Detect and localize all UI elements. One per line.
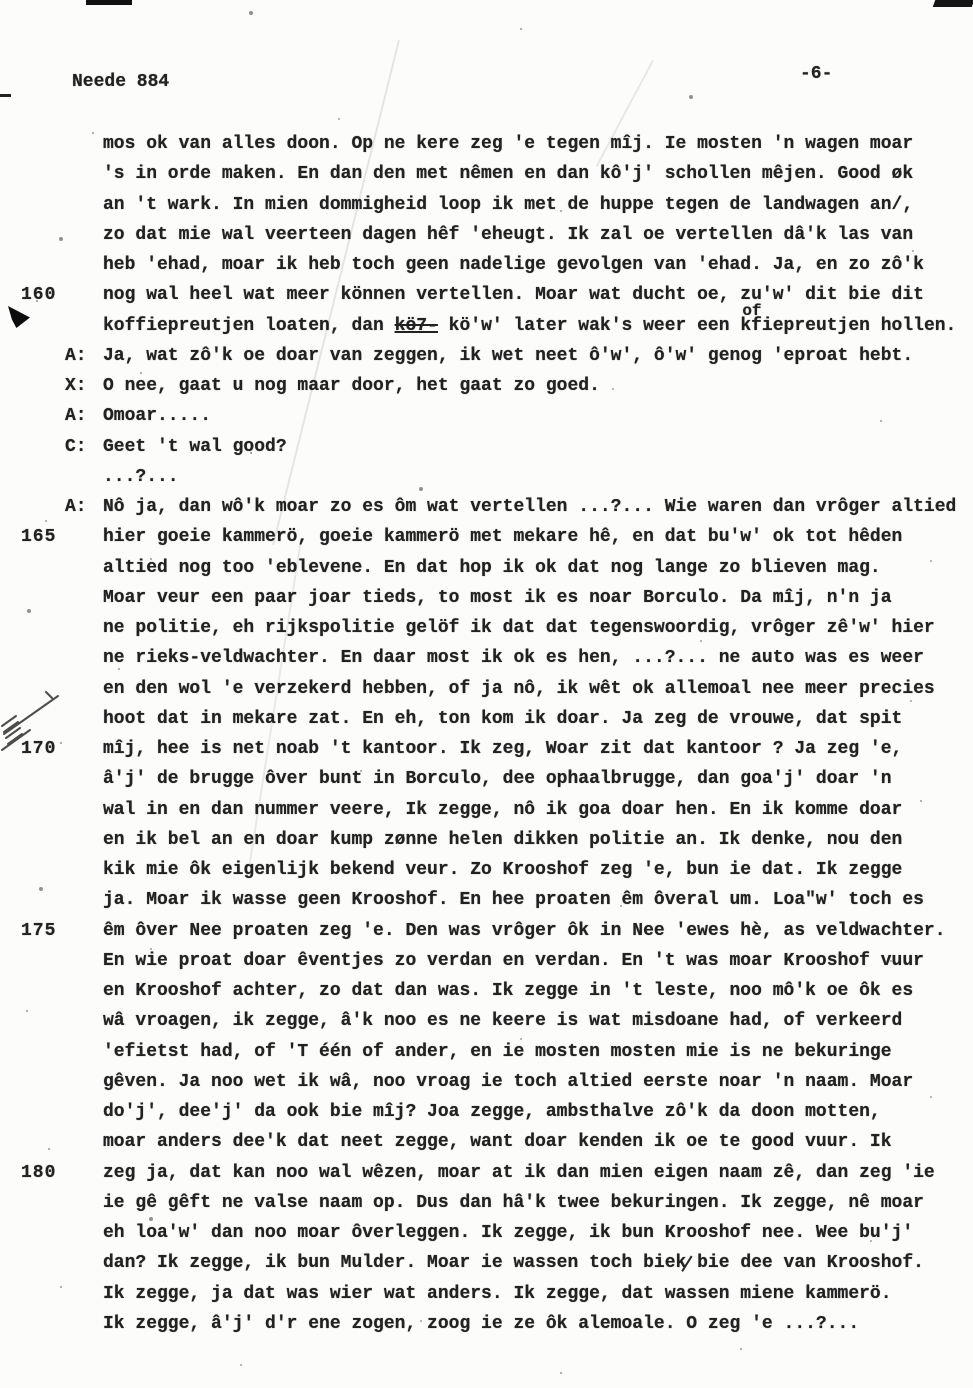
transcript-line: an 't wark. In mien dommigheid loop ik m… [103,195,913,225]
transcript-line: X:O nee, gaat u nog maar door, het gaat … [103,376,600,406]
transcript-line: C:Geet 't wal good? [103,437,287,467]
line-text-segment: bie dee van Krooshof. [686,1253,924,1273]
line-text: koffiepreutjen loaten, dan kö7- kö'w' la… [103,316,956,336]
line-text: Omoar..... [103,406,211,426]
transcript-line: ja. Moar ik wasse geen Krooshof. En hee … [103,890,924,920]
transcript-line: â'j' de brugge ôver bunt in Borculo, dee… [103,769,892,799]
transcript-line: A:Nô ja, dan wô'k moar zo es ôm wat vert… [103,497,956,527]
transcript-line: heb 'ehad, moar ik heb toch geen nadelig… [103,255,924,285]
transcript-line: eh loa'w' dan noo moar ôverleggen. Ik ze… [103,1223,913,1253]
line-text: Nô ja, dan wô'k moar zo es ôm wat vertel… [103,497,956,517]
line-text: En wie proat doar êventjes zo verdan en … [103,951,924,971]
transcript-line: 170mîj, hee is net noab 't kantoor. Ik z… [103,739,902,769]
transcript-line: A:Omoar..... [103,406,211,436]
transcript-line: 180zeg ja, dat kan noo wal wêzen, moar a… [103,1163,935,1193]
transcript-line: ie gê gêft ne valse naam op. Dus dan hâ'… [103,1193,924,1223]
line-text-segment: dan? Ik zegge, ik bun Mulder. Moar ie wa… [103,1253,676,1273]
scan-edge-artifact [0,94,11,97]
line-text-segment: koffiepreutjen loaten, dan [103,316,395,336]
line-text: Moar veur een paar joar tieds, to most i… [103,588,892,608]
transcript-line: 175êm ôver Nee proaten zeg 'e. Den was v… [103,921,946,951]
line-text: Geet 't wal good? [103,437,287,457]
transcript-line: 's in orde maken. En dan den met nêmen e… [103,164,913,194]
line-text: en den wol 'e verzekerd hebben, of ja nô… [103,679,935,699]
margin-line-number: 175 [21,921,91,941]
transcript-line: Ik zegge, ja dat was wier wat anders. Ik… [103,1284,892,1314]
line-text: Ik zegge, ja dat was wier wat anders. Ik… [103,1284,892,1304]
line-text: dan? Ik zegge, ik bun Mulder. Moar ie wa… [103,1253,924,1273]
speaker-label: C: [65,437,87,457]
line-text: heb 'ehad, moar ik heb toch geen nadelig… [103,255,924,275]
line-text: ne rieks-veldwachter. En daar most ik ok… [103,648,924,668]
transcript-line: en den wol 'e verzekerd hebben, of ja nô… [103,679,935,709]
transcript-line: ne rieks-veldwachter. En daar most ik ok… [103,648,924,678]
transcript-line: dan? Ik zegge, ik bun Mulder. Moar ie wa… [103,1253,924,1283]
transcript-line: 'efietst had, of 'T één of ander, en ie … [103,1042,892,1072]
scan-edge-artifact [933,0,973,7]
line-text: do'j', dee'j' da ook bie mîj? Joa zegge,… [103,1102,881,1122]
transcript-line: en Krooshof achter, zo dat dan was. Ik z… [103,981,913,1011]
pencil-scribble-mark [0,688,70,768]
margin-line-number: 165 [21,527,91,547]
line-text: êm ôver Nee proaten zeg 'e. Den was vrôg… [103,921,946,941]
transcript-line: hoot dat in mekare zat. En eh, ton kom i… [103,709,902,739]
line-text-segment: kö'w' later wak's weer een [438,316,740,336]
line-text: Ik zegge, â'j' d'r ene zogen, zoog ie ze… [103,1314,859,1334]
transcript-line: en ik bel an en doar kump zønne helen di… [103,830,902,860]
line-text: en Krooshof achter, zo dat dan was. Ik z… [103,981,913,1001]
line-text: en ik bel an en doar kump zønne helen di… [103,830,902,850]
line-text: altied nog too 'eblevene. En dat hop ik … [103,558,881,578]
line-text: zeg ja, dat kan noo wal wêzen, moar at i… [103,1163,935,1183]
transcript-line: altied nog too 'eblevene. En dat hop ik … [103,558,881,588]
transcript-line: do'j', dee'j' da ook bie mîj? Joa zegge,… [103,1102,881,1132]
transcript-line: wâ vroagen, ik zegge, â'k noo es ne keer… [103,1011,902,1041]
transcript-line: wal in en dan nummer veere, Ik zegge, nô… [103,800,902,830]
line-text: ne politie, eh rijkspolitie gelöf ik dat… [103,618,935,638]
transcript-line: A:Ja, wat zô'k oe doar van zeggen, ik we… [103,346,913,376]
transcript-line: mos ok van alles doon. Op ne kere zeg 'e… [103,134,913,164]
line-text: mîj, hee is net noab 't kantoor. Ik zeg,… [103,739,902,759]
line-text: kik mie ôk eigenlijk bekend veur. Zo Kro… [103,860,902,880]
line-text-segment: kfiepreutjen hollen. [740,316,956,336]
line-text: gêven. Ja noo wet ik wâ, noo vroag ie to… [103,1072,913,1092]
line-text: Ja, wat zô'k oe doar van zeggen, ik wet … [103,346,913,366]
line-text: zo dat mie wal veerteen dagen hêf 'eheug… [103,225,913,245]
line-text: wal in en dan nummer veere, Ik zegge, nô… [103,800,902,820]
scanned-document-page: Neede 884 -6- mos ok van alles doon. Op … [0,0,973,1388]
line-text: mos ok van alles doon. Op ne kere zeg 'e… [103,134,913,154]
typed-correction-slash: k [676,1253,687,1273]
transcript-line: Ik zegge, â'j' d'r ene zogen, zoog ie ze… [103,1314,859,1344]
line-text: ...?... [103,467,179,487]
transcript: mos ok van alles doon. Op ne kere zeg 'e… [0,0,973,1388]
scan-speckles [0,0,2,2]
line-text: 'efietst had, of 'T één of ander, en ie … [103,1042,892,1062]
transcript-line: 165hier goeie kammerö, goeie kammerö met… [103,527,902,557]
transcript-line: gêven. Ja noo wet ik wâ, noo vroag ie to… [103,1072,913,1102]
speaker-label: X: [65,376,87,396]
transcript-line: ...?... [103,467,179,497]
line-text: wâ vroagen, ik zegge, â'k noo es ne keer… [103,1011,902,1031]
speaker-label: A: [65,346,87,366]
transcript-line: zo dat mie wal veerteen dagen hêf 'eheug… [103,225,913,255]
margin-line-number: 180 [21,1163,91,1183]
transcript-line: Moar veur een paar joar tieds, to most i… [103,588,892,618]
line-text: an 't wark. In mien dommigheid loop ik m… [103,195,913,215]
transcript-line: En wie proat doar êventjes zo verdan en … [103,951,924,981]
line-text: ja. Moar ik wasse geen Krooshof. En hee … [103,890,924,910]
scan-edge-artifact [86,0,132,5]
transcript-line: kik mie ôk eigenlijk bekend veur. Zo Kro… [103,860,902,890]
line-text: eh loa'w' dan noo moar ôverleggen. Ik ze… [103,1223,913,1243]
transcript-line: ne politie, eh rijkspolitie gelöf ik dat… [103,618,935,648]
line-text: â'j' de brugge ôver bunt in Borculo, dee… [103,769,892,789]
transcript-line: moar anders dee'k dat neet zegge, want d… [103,1132,892,1162]
line-text: hoot dat in mekare zat. En eh, ton kom i… [103,709,902,729]
transcript-line: koffiepreutjen loaten, dan kö7- kö'w' la… [103,316,956,346]
line-text: nog wal heel wat meer können vertellen. … [103,285,924,305]
line-text: ie gê gêft ne valse naam op. Dus dan hâ'… [103,1193,924,1213]
line-text: moar anders dee'k dat neet zegge, want d… [103,1132,892,1152]
margin-line-number: 160 [21,285,91,305]
typed-correction-strike: kö7- [395,316,438,336]
speaker-label: A: [65,497,87,517]
line-text: O nee, gaat u nog maar door, het gaat zo… [103,376,600,396]
transcript-line: 160nog wal heel wat meer können vertelle… [103,285,924,315]
speaker-label: A: [65,406,87,426]
line-text: 's in orde maken. En dan den met nêmen e… [103,164,913,184]
line-text: hier goeie kammerö, goeie kammerö met me… [103,527,902,547]
